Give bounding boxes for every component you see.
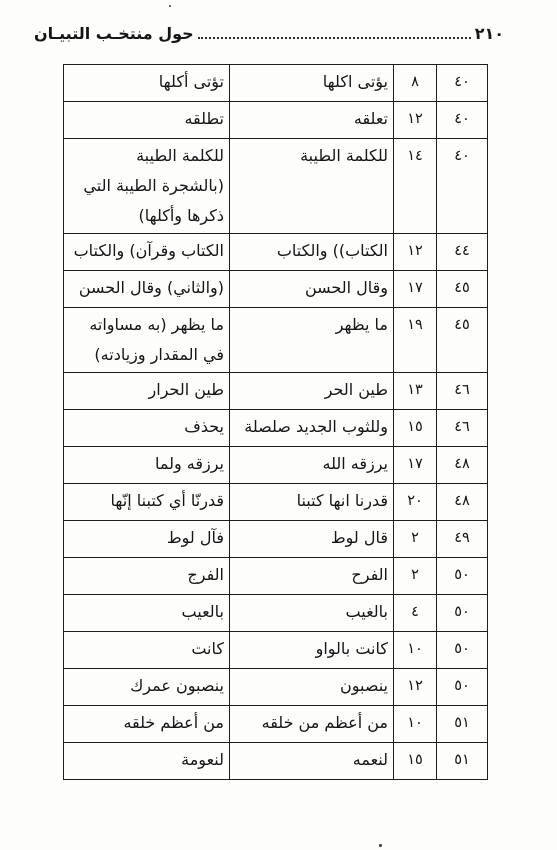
original-text-cell: تعلقه <box>230 102 394 139</box>
table-row: ٤٨ ٢٠ قدرنا انها كتبنا قدرنّا أي كتبنا إ… <box>64 484 488 521</box>
page-number-cell: ٤٥ <box>437 308 488 373</box>
line-number-cell: ٤ <box>394 595 437 632</box>
correction-text-cell: تؤتى أكلها <box>64 65 230 102</box>
page-number-cell: ٤٠ <box>437 139 488 234</box>
errata-table: ٤٠ ٨ يؤتى اكلها تؤتى أكلها ٤٠ ١٢ تعلقه ت… <box>63 64 488 780</box>
correction-text-cell: بالعيب <box>64 595 230 632</box>
page-number-cell: ٥٠ <box>437 558 488 595</box>
table-row: ٤٩ ٢ قال لوط فآل لوط <box>64 521 488 558</box>
original-text-cell: يرزقه الله <box>230 447 394 484</box>
correction-text-cell: من أعظم خلقه <box>64 706 230 743</box>
page-number-cell: ٤٦ <box>437 410 488 447</box>
original-text-cell: من أعظم من خلقه <box>230 706 394 743</box>
page-number-cell: ٤٠ <box>437 65 488 102</box>
errata-table-body: ٤٠ ٨ يؤتى اكلها تؤتى أكلها ٤٠ ١٢ تعلقه ت… <box>64 65 488 780</box>
line-number-cell: ١٤ <box>394 139 437 234</box>
page-number: ٢١٠ <box>475 24 504 43</box>
page-number-cell: ٥٠ <box>437 595 488 632</box>
original-text-cell: لنعمه <box>230 743 394 780</box>
line-number-cell: ١٥ <box>394 410 437 447</box>
table-row: ٤٠ ٨ يؤتى اكلها تؤتى أكلها <box>64 65 488 102</box>
table-row: ٥٠ ٤ بالغيب بالعيب <box>64 595 488 632</box>
page-number-cell: ٤٨ <box>437 447 488 484</box>
line-number-cell: ٢ <box>394 558 437 595</box>
table-row: ٤٠ ١٢ تعلقه تطلقه <box>64 102 488 139</box>
scan-artifact-dot <box>379 844 382 847</box>
original-text-cell: وللثوب الجديد صلصلة <box>230 410 394 447</box>
original-text-cell: طين الحر <box>230 373 394 410</box>
scanned-page: حول منتخـب التبيـان ٢١٠ ٤٠ ٨ يؤتى اكلها … <box>0 0 557 850</box>
scan-artifact-dot <box>169 5 171 7</box>
original-text-cell: كانت بالواو <box>230 632 394 669</box>
line-number-cell: ١٧ <box>394 271 437 308</box>
line-number-cell: ١٢ <box>394 234 437 271</box>
page-number-cell: ٤٦ <box>437 373 488 410</box>
table-row: ٤٦ ١٣ طين الحر طين الحرار <box>64 373 488 410</box>
line-number-cell: ١٠ <box>394 632 437 669</box>
line-number-cell: ٨ <box>394 65 437 102</box>
line-number-cell: ١٢ <box>394 669 437 706</box>
original-text-cell: وقال الحسن <box>230 271 394 308</box>
page-number-cell: ٤٤ <box>437 234 488 271</box>
line-number-cell: ١٢ <box>394 102 437 139</box>
correction-text-cell: كانت <box>64 632 230 669</box>
running-title: حول منتخـب التبيـان <box>34 25 194 43</box>
table-row: ٤٠ ١٤ للكلمة الطيبة للكلمة الطيبة (بالشج… <box>64 139 488 234</box>
page-number-cell: ٤٠ <box>437 102 488 139</box>
dotted-leader <box>198 37 471 39</box>
original-text-cell: للكلمة الطيبة <box>230 139 394 234</box>
line-number-cell: ١٥ <box>394 743 437 780</box>
table-row: ٥١ ١٥ لنعمه لنعومة <box>64 743 488 780</box>
correction-text-cell: قدرنّا أي كتبنا إنّها <box>64 484 230 521</box>
page-number-cell: ٤٥ <box>437 271 488 308</box>
table-row: ٤٦ ١٥ وللثوب الجديد صلصلة يحذف <box>64 410 488 447</box>
correction-text-cell: ما يظهر (به مساواته في المقدار وزيادته) <box>64 308 230 373</box>
correction-text-cell: تطلقه <box>64 102 230 139</box>
table-row: ٤٥ ١٧ وقال الحسن (والثاني) وقال الحسن <box>64 271 488 308</box>
correction-text-cell: يرزقه ولما <box>64 447 230 484</box>
correction-text-cell: لنعومة <box>64 743 230 780</box>
page-number-cell: ٥١ <box>437 743 488 780</box>
table-row: ٥١ ١٠ من أعظم من خلقه من أعظم خلقه <box>64 706 488 743</box>
correction-text-cell: للكلمة الطيبة (بالشجرة الطيبة التي ذكرها… <box>64 139 230 234</box>
page-number-cell: ٤٩ <box>437 521 488 558</box>
correction-text-cell: طين الحرار <box>64 373 230 410</box>
line-number-cell: ١٠ <box>394 706 437 743</box>
original-text-cell: الفرح <box>230 558 394 595</box>
line-number-cell: ٢٠ <box>394 484 437 521</box>
page-number-cell: ٥٠ <box>437 632 488 669</box>
table-row: ٤٤ ١٢ الكتاب)) والكتاب الكتاب وقرآن) وال… <box>64 234 488 271</box>
correction-text-cell: (والثاني) وقال الحسن <box>64 271 230 308</box>
original-text-cell: بالغيب <box>230 595 394 632</box>
table-row: ٤٨ ١٧ يرزقه الله يرزقه ولما <box>64 447 488 484</box>
original-text-cell: قال لوط <box>230 521 394 558</box>
original-text-cell: ما يظهر <box>230 308 394 373</box>
line-number-cell: ١٧ <box>394 447 437 484</box>
table-row: ٥٠ ١٢ ينصبون ينصبون عمرك <box>64 669 488 706</box>
table-row: ٥٠ ٢ الفرح الفرج <box>64 558 488 595</box>
line-number-cell: ٢ <box>394 521 437 558</box>
original-text-cell: قدرنا انها كتبنا <box>230 484 394 521</box>
original-text-cell: ينصبون <box>230 669 394 706</box>
correction-text-cell: ينصبون عمرك <box>64 669 230 706</box>
original-text-cell: يؤتى اكلها <box>230 65 394 102</box>
correction-text-cell: فآل لوط <box>64 521 230 558</box>
page-header: حول منتخـب التبيـان ٢١٠ <box>34 24 504 43</box>
correction-text-cell: يحذف <box>64 410 230 447</box>
line-number-cell: ١٣ <box>394 373 437 410</box>
correction-text-cell: الفرج <box>64 558 230 595</box>
correction-text-cell: الكتاب وقرآن) والكتاب <box>64 234 230 271</box>
line-number-cell: ١٩ <box>394 308 437 373</box>
table-row: ٥٠ ١٠ كانت بالواو كانت <box>64 632 488 669</box>
page-number-cell: ٤٨ <box>437 484 488 521</box>
original-text-cell: الكتاب)) والكتاب <box>230 234 394 271</box>
page-number-cell: ٥١ <box>437 706 488 743</box>
table-row: ٤٥ ١٩ ما يظهر ما يظهر (به مساواته في الم… <box>64 308 488 373</box>
page-number-cell: ٥٠ <box>437 669 488 706</box>
